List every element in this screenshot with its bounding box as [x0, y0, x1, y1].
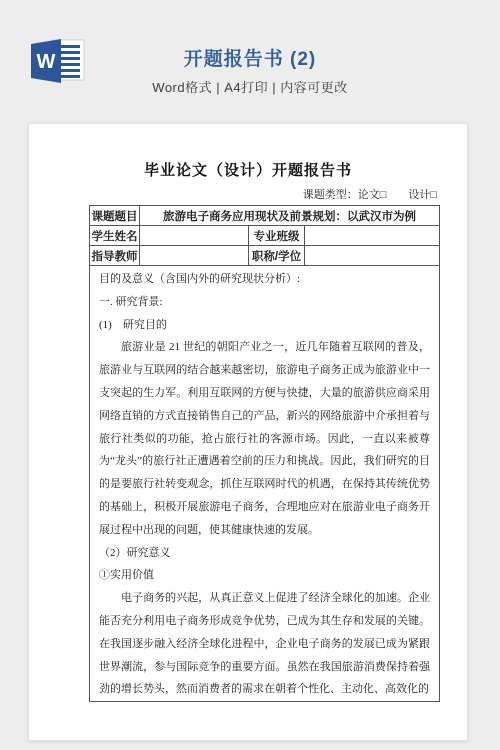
- title-degree-label: 职称/学位: [249, 246, 305, 266]
- document-page: 毕业论文（设计）开题报告书 课题类型：论文□ 设计□ 课题题目 旅游电子商务应用…: [28, 123, 468, 741]
- table-row-body: 目的及意义（含国内外的研究现状分析）: 一. 研究背景:(1) 研究目的旅游业是…: [90, 266, 440, 702]
- purpose-significance-cell: 目的及意义（含国内外的研究现状分析）: 一. 研究背景:(1) 研究目的旅游业是…: [90, 266, 440, 702]
- body-paragraph: 旅游业是 21 世纪的朝阳产业之一，近几年随着互联网的普及，旅游业与互联网的结合…: [99, 336, 430, 541]
- page-subtitle: Word格式 | A4打印 | 内容可更改: [0, 77, 500, 96]
- title-degree-value: [305, 246, 440, 266]
- report-form-table: 课题题目 旅游电子商务应用现状及前景规划：以武汉市为例 学生姓名 专业班级 指导…: [89, 205, 440, 702]
- body-paragraph: 电子商务的兴起，从真正意义上促进了经济全球化的加速。企业能否充分利用电子商务形成…: [99, 587, 430, 701]
- table-row-advisor: 指导教师 职称/学位: [90, 246, 440, 266]
- class-label: 专业班级: [249, 226, 305, 246]
- body-paragraph: (1) 研究目的: [99, 314, 430, 337]
- body-paragraph: 一. 研究背景:: [99, 291, 430, 314]
- body-heading: 目的及意义（含国内外的研究现状分析）:: [99, 268, 430, 291]
- student-name-value: [140, 226, 249, 246]
- topic-type-line: 课题类型：论文□ 设计□: [29, 186, 467, 202]
- table-row-topic: 课题题目 旅游电子商务应用现状及前景规划：以武汉市为例: [90, 206, 440, 226]
- topic-value: 旅游电子商务应用现状及前景规划：以武汉市为例: [140, 206, 440, 226]
- student-name-label: 学生姓名: [90, 226, 140, 246]
- body-paragraph: （2）研究意义: [99, 542, 430, 565]
- advisor-label: 指导教师: [90, 246, 140, 266]
- table-row-student: 学生姓名 专业班级: [90, 226, 440, 246]
- page-title: 开题报告书 (2): [0, 44, 500, 71]
- advisor-value: [140, 246, 249, 266]
- topic-label: 课题题目: [90, 206, 140, 226]
- body-paragraph: ①实用价值: [99, 564, 430, 587]
- page-header: W 开题报告书 (2) Word格式 | A4打印 | 内容可更改: [0, 0, 500, 123]
- class-value: [305, 226, 440, 246]
- body-paragraphs: 一. 研究背景:(1) 研究目的旅游业是 21 世纪的朝阳产业之一，近几年随着互…: [99, 291, 430, 701]
- document-title: 毕业论文（设计）开题报告书: [29, 159, 467, 180]
